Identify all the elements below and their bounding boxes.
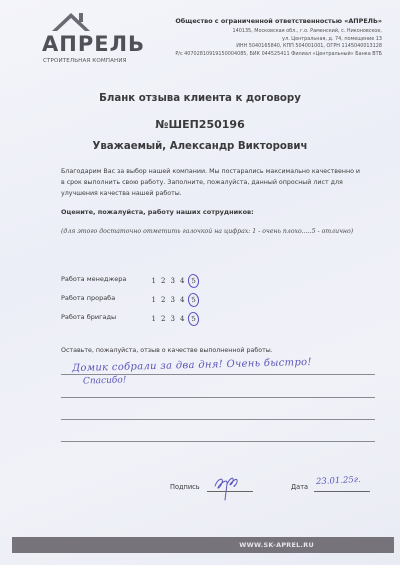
signature-line — [207, 491, 253, 492]
company-address-2: ул. Центральная, д. 74, помещение 13 — [122, 36, 382, 44]
handwritten-feedback-line-1[interactable]: Домик собрали за два дня! Очень быстро! — [72, 357, 312, 374]
rating-option-2[interactable]: 2 — [159, 277, 169, 285]
feedback-line-4 — [61, 441, 375, 442]
feedback-label: Оставьте, пожалуйста, отзыв о качестве в… — [61, 347, 273, 354]
rating-scale: 12345 — [149, 293, 199, 307]
logo-subtitle: СТРОИТЕЛЬНАЯ КОМПАНИЯ — [43, 58, 127, 64]
feedback-form-page: АПРЕЛЬ СТРОИТЕЛЬНАЯ КОМПАНИЯ Общество с … — [0, 0, 400, 565]
company-address-1: 140135, Московская обл., г.о. Раменский,… — [122, 28, 382, 36]
rating-option-3[interactable]: 3 — [168, 277, 178, 285]
rating-option-3[interactable]: 3 — [168, 315, 178, 323]
feedback-line-2 — [61, 397, 375, 398]
rating-option-5-selected[interactable]: 5 — [187, 273, 200, 288]
company-details: Общество с ограниченной ответственностью… — [122, 17, 382, 58]
rating-option-1[interactable]: 1 — [149, 277, 159, 285]
signature-mark[interactable] — [212, 474, 246, 502]
date-line — [314, 491, 370, 492]
footer-bar: WWW.SK-APREL.RU — [12, 537, 394, 553]
rating-option-4[interactable]: 4 — [178, 315, 188, 323]
company-ids: ИНН 5040165840, КПП 504001001, ОГРН 1145… — [122, 43, 382, 51]
rating-option-1[interactable]: 1 — [149, 296, 159, 304]
rating-scale: 12345 — [149, 274, 199, 288]
rating-scale: 12345 — [149, 312, 199, 326]
rating-option-5-selected[interactable]: 5 — [187, 292, 200, 307]
rating-label: Работа прораба — [61, 294, 115, 302]
greeting: Уважаемый, Александр Викторович — [0, 141, 400, 152]
company-bank: Р/с 40702810919150004085, БИК 044525411 … — [122, 51, 382, 59]
intro-text: Благодарим Вас за выбор нашей компании. … — [61, 166, 361, 199]
rating-hint: (для этого достаточно отметить галочкой … — [61, 226, 361, 238]
rating-label: Работа бригады — [61, 313, 116, 321]
company-name: Общество с ограниченной ответственностью… — [122, 17, 382, 25]
rating-option-2[interactable]: 2 — [159, 315, 169, 323]
rating-option-4[interactable]: 4 — [178, 296, 188, 304]
handwritten-feedback-line-2[interactable]: Спасибо! — [83, 375, 127, 386]
feedback-line-1 — [61, 374, 375, 375]
document-title: Бланк отзыва клиента к договору — [0, 93, 400, 104]
rating-option-4[interactable]: 4 — [178, 277, 188, 285]
contract-number: №ШЕП250196 — [0, 118, 400, 131]
rating-option-1[interactable]: 1 — [149, 315, 159, 323]
house-roof-icon — [52, 10, 92, 32]
date-value[interactable]: 23.01.25г. — [316, 475, 361, 487]
rating-heading: Оцените, пожалуйста, работу наших сотруд… — [61, 208, 254, 216]
signature-label: Подпись — [170, 483, 200, 491]
rating-option-3[interactable]: 3 — [168, 296, 178, 304]
feedback-line-3 — [61, 419, 375, 420]
website-link[interactable]: WWW.SK-APREL.RU — [239, 541, 314, 549]
rating-label: Работа менеджера — [61, 275, 126, 283]
date-label: Дата — [291, 483, 308, 491]
rating-option-5-selected[interactable]: 5 — [187, 311, 200, 326]
rating-option-2[interactable]: 2 — [159, 296, 169, 304]
